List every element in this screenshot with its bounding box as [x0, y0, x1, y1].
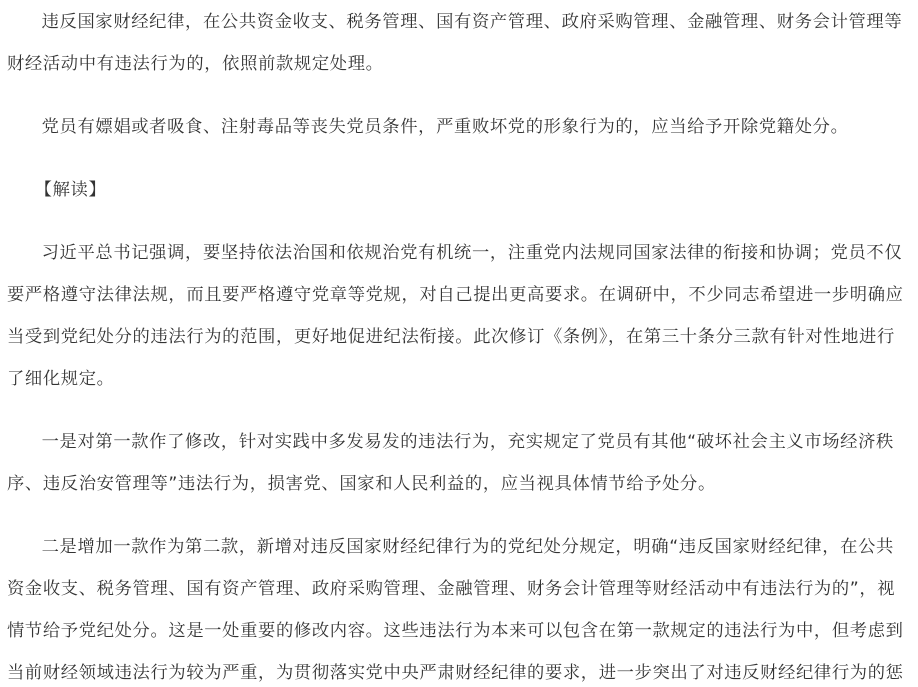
- text-line: 情节给予党纪处分。这是一处重要的修改内容。这些违法行为本来可以包含在第一款规定的…: [7, 610, 907, 652]
- paragraph-first-amendment: 一是对第一款作了修改，针对实践中多发易发的违法行为，充实规定了党员有其他“破坏社…: [7, 421, 907, 505]
- text-line: 财经活动中有违法行为的，依照前款规定处理。: [7, 43, 907, 85]
- text-line: 当前财经领域违法行为较为严重，为贯彻落实党中央严肃财经纪律的要求，进一步突出了对…: [7, 652, 907, 687]
- text-line: 习近平总书记强调，要坚持依法治国和依规治党有机统一，注重党内法规同国家法律的衔接…: [7, 232, 907, 274]
- paragraph-expulsion-clause: 党员有嫖娼或者吸食、注射毒品等丧失党员条件，严重败坏党的形象行为的，应当给予开除…: [7, 106, 907, 148]
- text-line: 当受到党纪处分的违法行为的范围，更好地促进纪法衔接。此次修订《条例》，在第三十条…: [7, 316, 907, 358]
- text-line: 违反国家财经纪律，在公共资金收支、税务管理、国有资产管理、政府采购管理、金融管理…: [7, 1, 907, 43]
- text-line: 资金收支、税务管理、国有资产管理、政府采购管理、金融管理、财务会计管理等财经活动…: [7, 568, 907, 610]
- paragraph-financial-discipline: 违反国家财经纪律，在公共资金收支、税务管理、国有资产管理、政府采购管理、金融管理…: [7, 1, 907, 85]
- section-heading-interpretation: 【解读】: [7, 169, 907, 211]
- article-body: 违反国家财经纪律，在公共资金收支、税务管理、国有资产管理、政府采购管理、金融管理…: [7, 0, 907, 687]
- text-line: 要严格遵守法律法规，而且要严格遵守党章等党规，对自己提出更高要求。在调研中，不少…: [7, 274, 907, 316]
- paragraph-interpretation-intro: 习近平总书记强调，要坚持依法治国和依规治党有机统一，注重党内法规同国家法律的衔接…: [7, 232, 907, 400]
- text-line: 一是对第一款作了修改，针对实践中多发易发的违法行为，充实规定了党员有其他“破坏社…: [7, 421, 907, 463]
- text-line: 序、违反治安管理等”违法行为，损害党、国家和人民利益的，应当视具体情节给予处分。: [7, 463, 907, 505]
- text-line: 了细化规定。: [7, 358, 907, 400]
- text-line: 党员有嫖娼或者吸食、注射毒品等丧失党员条件，严重败坏党的形象行为的，应当给予开除…: [7, 106, 907, 148]
- paragraph-second-amendment: 二是增加一款作为第二款，新增对违反国家财经纪律行为的党纪处分规定，明确“违反国家…: [7, 526, 907, 687]
- heading-text: 【解读】: [7, 169, 907, 211]
- text-line: 二是增加一款作为第二款，新增对违反国家财经纪律行为的党纪处分规定，明确“违反国家…: [7, 526, 907, 568]
